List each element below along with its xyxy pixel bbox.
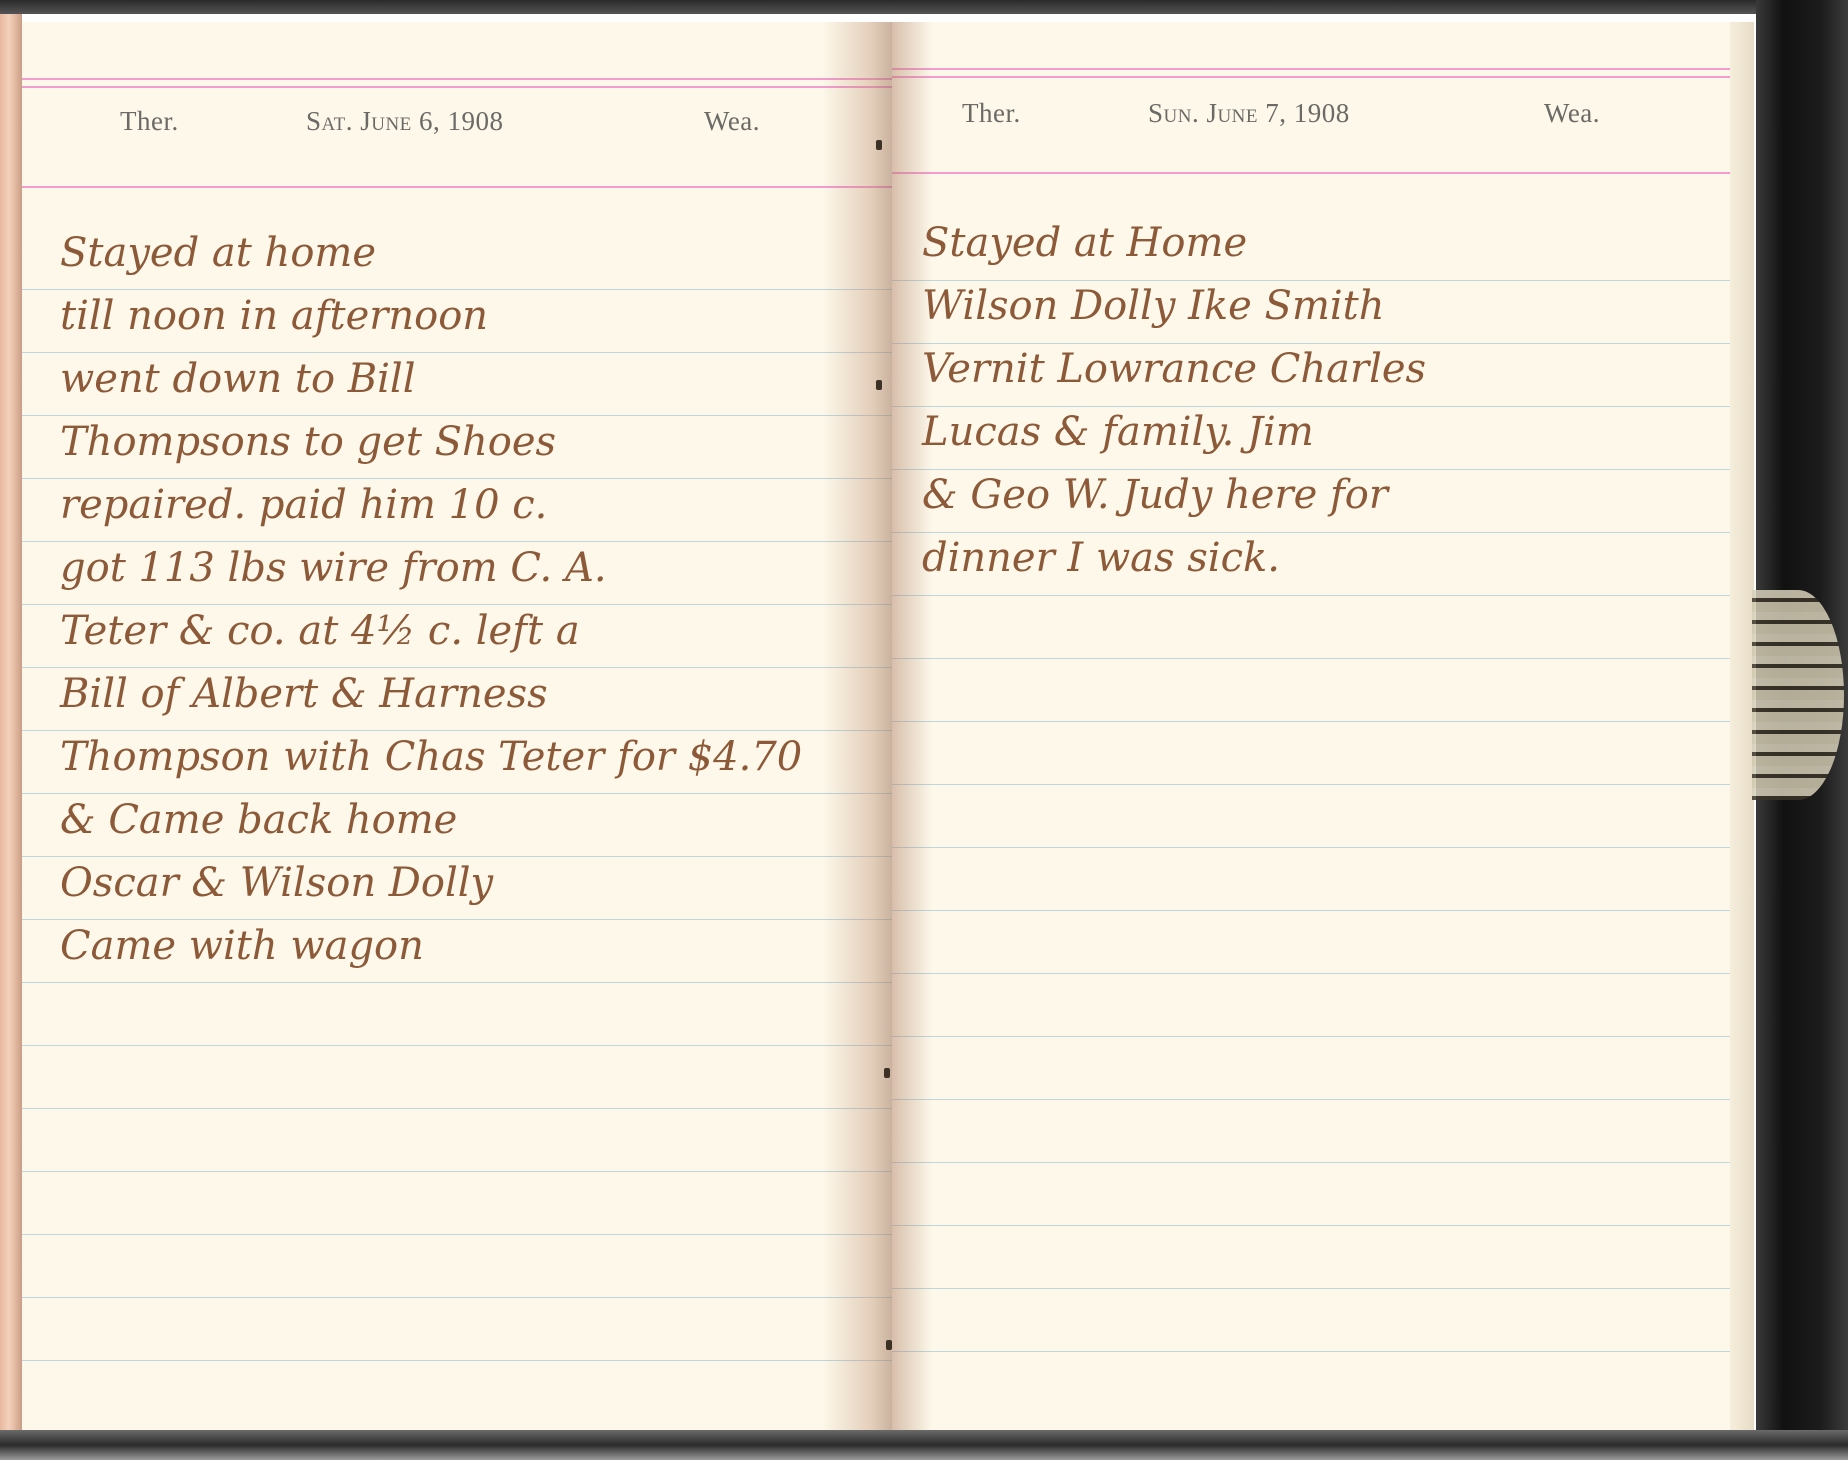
entry-line: Came with wagon	[22, 915, 892, 978]
ruled-line	[22, 1171, 892, 1172]
entry-line: dinner I was sick.	[892, 527, 1754, 590]
ruled-line	[892, 1288, 1754, 1289]
page-header: Ther. Sun. June 7, 1908 Wea.	[892, 98, 1754, 148]
header-rule-top-2	[22, 86, 892, 88]
entry-line: got 113 lbs wire from C. A.	[22, 537, 892, 600]
entry-line: & Came back home	[22, 789, 892, 852]
handwritten-entry: Stayed at Home Wilson Dolly Ike Smith Ve…	[892, 212, 1754, 590]
entry-line: Oscar & Wilson Dolly	[22, 852, 892, 915]
header-rule-top-1	[22, 78, 892, 80]
book-clasp	[1752, 590, 1844, 800]
header-rule-bottom	[892, 172, 1754, 174]
header-rule-top-1	[892, 68, 1754, 70]
entry-date: Sat. June 6, 1908	[306, 106, 504, 137]
ruled-line	[892, 1036, 1754, 1037]
binding-stitch	[884, 1068, 890, 1078]
ruled-line	[22, 1108, 892, 1109]
entry-line: Lucas & family. Jim	[892, 401, 1754, 464]
thermometer-label: Ther.	[962, 98, 1021, 129]
entry-line: Teter & co. at 4½ c. left a	[22, 600, 892, 663]
ruled-line	[892, 973, 1754, 974]
entry-line: Thompsons to get Shoes	[22, 411, 892, 474]
diary-page-left: Ther. Sat. June 6, 1908 Wea. Stayed at h…	[22, 22, 892, 1430]
book-cover-top	[0, 0, 1848, 14]
entry-line: Stayed at Home	[892, 212, 1754, 275]
ruled-line	[892, 1225, 1754, 1226]
page-edge	[1730, 22, 1754, 1430]
page-header: Ther. Sat. June 6, 1908 Wea.	[22, 106, 892, 156]
book-cover-bottom	[0, 1430, 1848, 1460]
binding-stitch	[876, 380, 882, 390]
entry-line: Stayed at home	[22, 222, 892, 285]
ruled-line	[892, 658, 1754, 659]
ruled-line	[892, 721, 1754, 722]
gutter-shadow	[822, 22, 892, 1430]
entry-line: Vernit Lowrance Charles	[892, 338, 1754, 401]
weather-label: Wea.	[704, 106, 760, 137]
ruled-line	[892, 910, 1754, 911]
ruled-line	[22, 1045, 892, 1046]
entry-date: Sun. June 7, 1908	[1148, 98, 1350, 129]
ruled-line	[22, 982, 892, 983]
entry-line: Thompson with Chas Teter for $4.70	[22, 726, 892, 789]
entry-line: till noon in afternoon	[22, 285, 892, 348]
ruled-line	[892, 847, 1754, 848]
gutter-shadow	[892, 22, 932, 1430]
thermometer-label: Ther.	[120, 106, 179, 137]
entry-line: Bill of Albert & Harness	[22, 663, 892, 726]
ruled-line	[892, 595, 1754, 596]
header-rule-bottom	[22, 186, 892, 188]
binding-stitch	[876, 140, 882, 150]
entry-line: went down to Bill	[22, 348, 892, 411]
ruled-line	[892, 1351, 1754, 1352]
entry-line: & Geo W. Judy here for	[892, 464, 1754, 527]
entry-line: Wilson Dolly Ike Smith	[892, 275, 1754, 338]
diary-page-right: Ther. Sun. June 7, 1908 Wea. Stayed at H…	[892, 22, 1754, 1430]
entry-line: repaired. paid him 10 c.	[22, 474, 892, 537]
header-rule-top-2	[892, 76, 1754, 78]
ruled-line	[22, 1297, 892, 1298]
ruled-line	[892, 784, 1754, 785]
weather-label: Wea.	[1544, 98, 1600, 129]
handwritten-entry: Stayed at home till noon in afternoon we…	[22, 222, 892, 978]
ruled-line	[892, 1099, 1754, 1100]
book-page-edges-left	[0, 14, 22, 1434]
ruled-line	[892, 1162, 1754, 1163]
ruled-line	[22, 1360, 892, 1361]
ruled-line	[22, 1234, 892, 1235]
